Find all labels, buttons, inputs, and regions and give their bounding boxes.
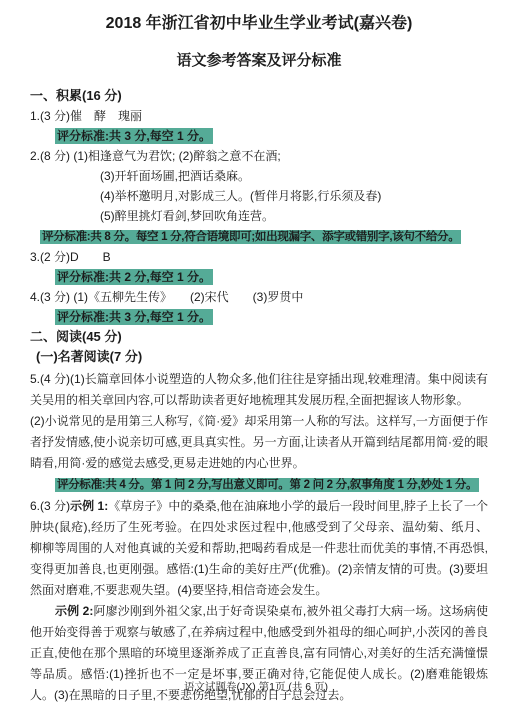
answer-item-2-sub5: (5)醉里挑灯看剑,梦回吹角连营。 <box>30 206 488 226</box>
answer-item-3: 3.(2 分)D B <box>30 247 488 267</box>
subsection-heading-famous-works: (一)名著阅读(7 分) <box>30 347 488 367</box>
answer-item-2: 2.(8 分) (1)相逢意气为君饮; (2)醉翁之意不在酒; <box>30 146 488 166</box>
score-criteria-5: 评分标准:共 4 分。第 1 问 2 分,写出意义即可。第 2 问 2 分,叙事… <box>55 478 479 492</box>
score-criteria-4: 评分标准:共 3 分,每空 1 分。 <box>55 309 213 325</box>
answer-item-2-sub3: (3)开轩面场圃,把酒话桑麻。 <box>30 166 488 186</box>
score-criteria-2: 评分标准:共 8 分。每空 1 分,符合语境即可;如出现漏字、添字或错别字,该句… <box>40 230 461 244</box>
example1-text: 《草房子》中的桑桑,他在油麻地小学的最后一段时间里,脖子上长了一个肿块(鼠疮),… <box>30 499 488 597</box>
section-heading-reading: 二、阅读(45 分) <box>30 327 488 347</box>
document-page: 2018 年浙江省初中毕业生学业考试(嘉兴卷) 语文参考答案及评分标准 一、积累… <box>0 0 512 708</box>
answer-6-example1: 6.(3 分)示例 1:《草房子》中的桑桑,他在油麻地小学的最后一段时间里,脖子… <box>30 496 488 601</box>
score-criteria-1-row: 评分标准:共 3 分,每空 1 分。 <box>30 126 488 146</box>
score-criteria-4-row: 评分标准:共 3 分,每空 1 分。 <box>30 307 488 327</box>
example1-label: 示例 1: <box>70 499 108 513</box>
score-criteria-3-row: 评分标准:共 2 分,每空 1 分。 <box>30 267 488 287</box>
section-heading-accumulation: 一、积累(16 分) <box>30 86 488 106</box>
score-criteria-2-row: 评分标准:共 8 分。每空 1 分,符合语境即可;如出现漏字、添字或错别字,该句… <box>30 226 488 247</box>
example2-label: 示例 2: <box>55 604 93 618</box>
score-criteria-1: 评分标准:共 3 分,每空 1 分。 <box>55 128 213 144</box>
answer-item-1: 1.(3 分)催 酵 瑰丽 <box>30 106 488 126</box>
exam-subtitle: 语文参考答案及评分标准 <box>30 50 488 72</box>
score-criteria-3: 评分标准:共 2 分,每空 1 分。 <box>55 269 213 285</box>
answer-5-part2: (2)小说常见的是用第三人称写,《简·爱》却采用第一人称的写法。这样写,一方面便… <box>30 411 488 474</box>
exam-title: 2018 年浙江省初中毕业生学业考试(嘉兴卷) <box>30 12 488 36</box>
page-footer: 语文试题卷(JX) 第1页 (共 6 页) <box>0 679 512 694</box>
answer-5-part1: 5.(4 分)(1)长篇章回体小说塑造的人物众多,他们往往是穿插出现,较难理清。… <box>30 369 488 411</box>
answer-item-2-sub4: (4)举杯邀明月,对影成三人。(暂伴月将影,行乐须及春) <box>30 186 488 206</box>
answer-item-4: 4.(3 分) (1)《五柳先生传》 (2)宋代 (3)罗贯中 <box>30 287 488 307</box>
answer-6-prefix: 6.(3 分) <box>30 499 70 513</box>
score-criteria-5-row: 评分标准:共 4 分。第 1 问 2 分,写出意义即可。第 2 问 2 分,叙事… <box>30 474 488 496</box>
